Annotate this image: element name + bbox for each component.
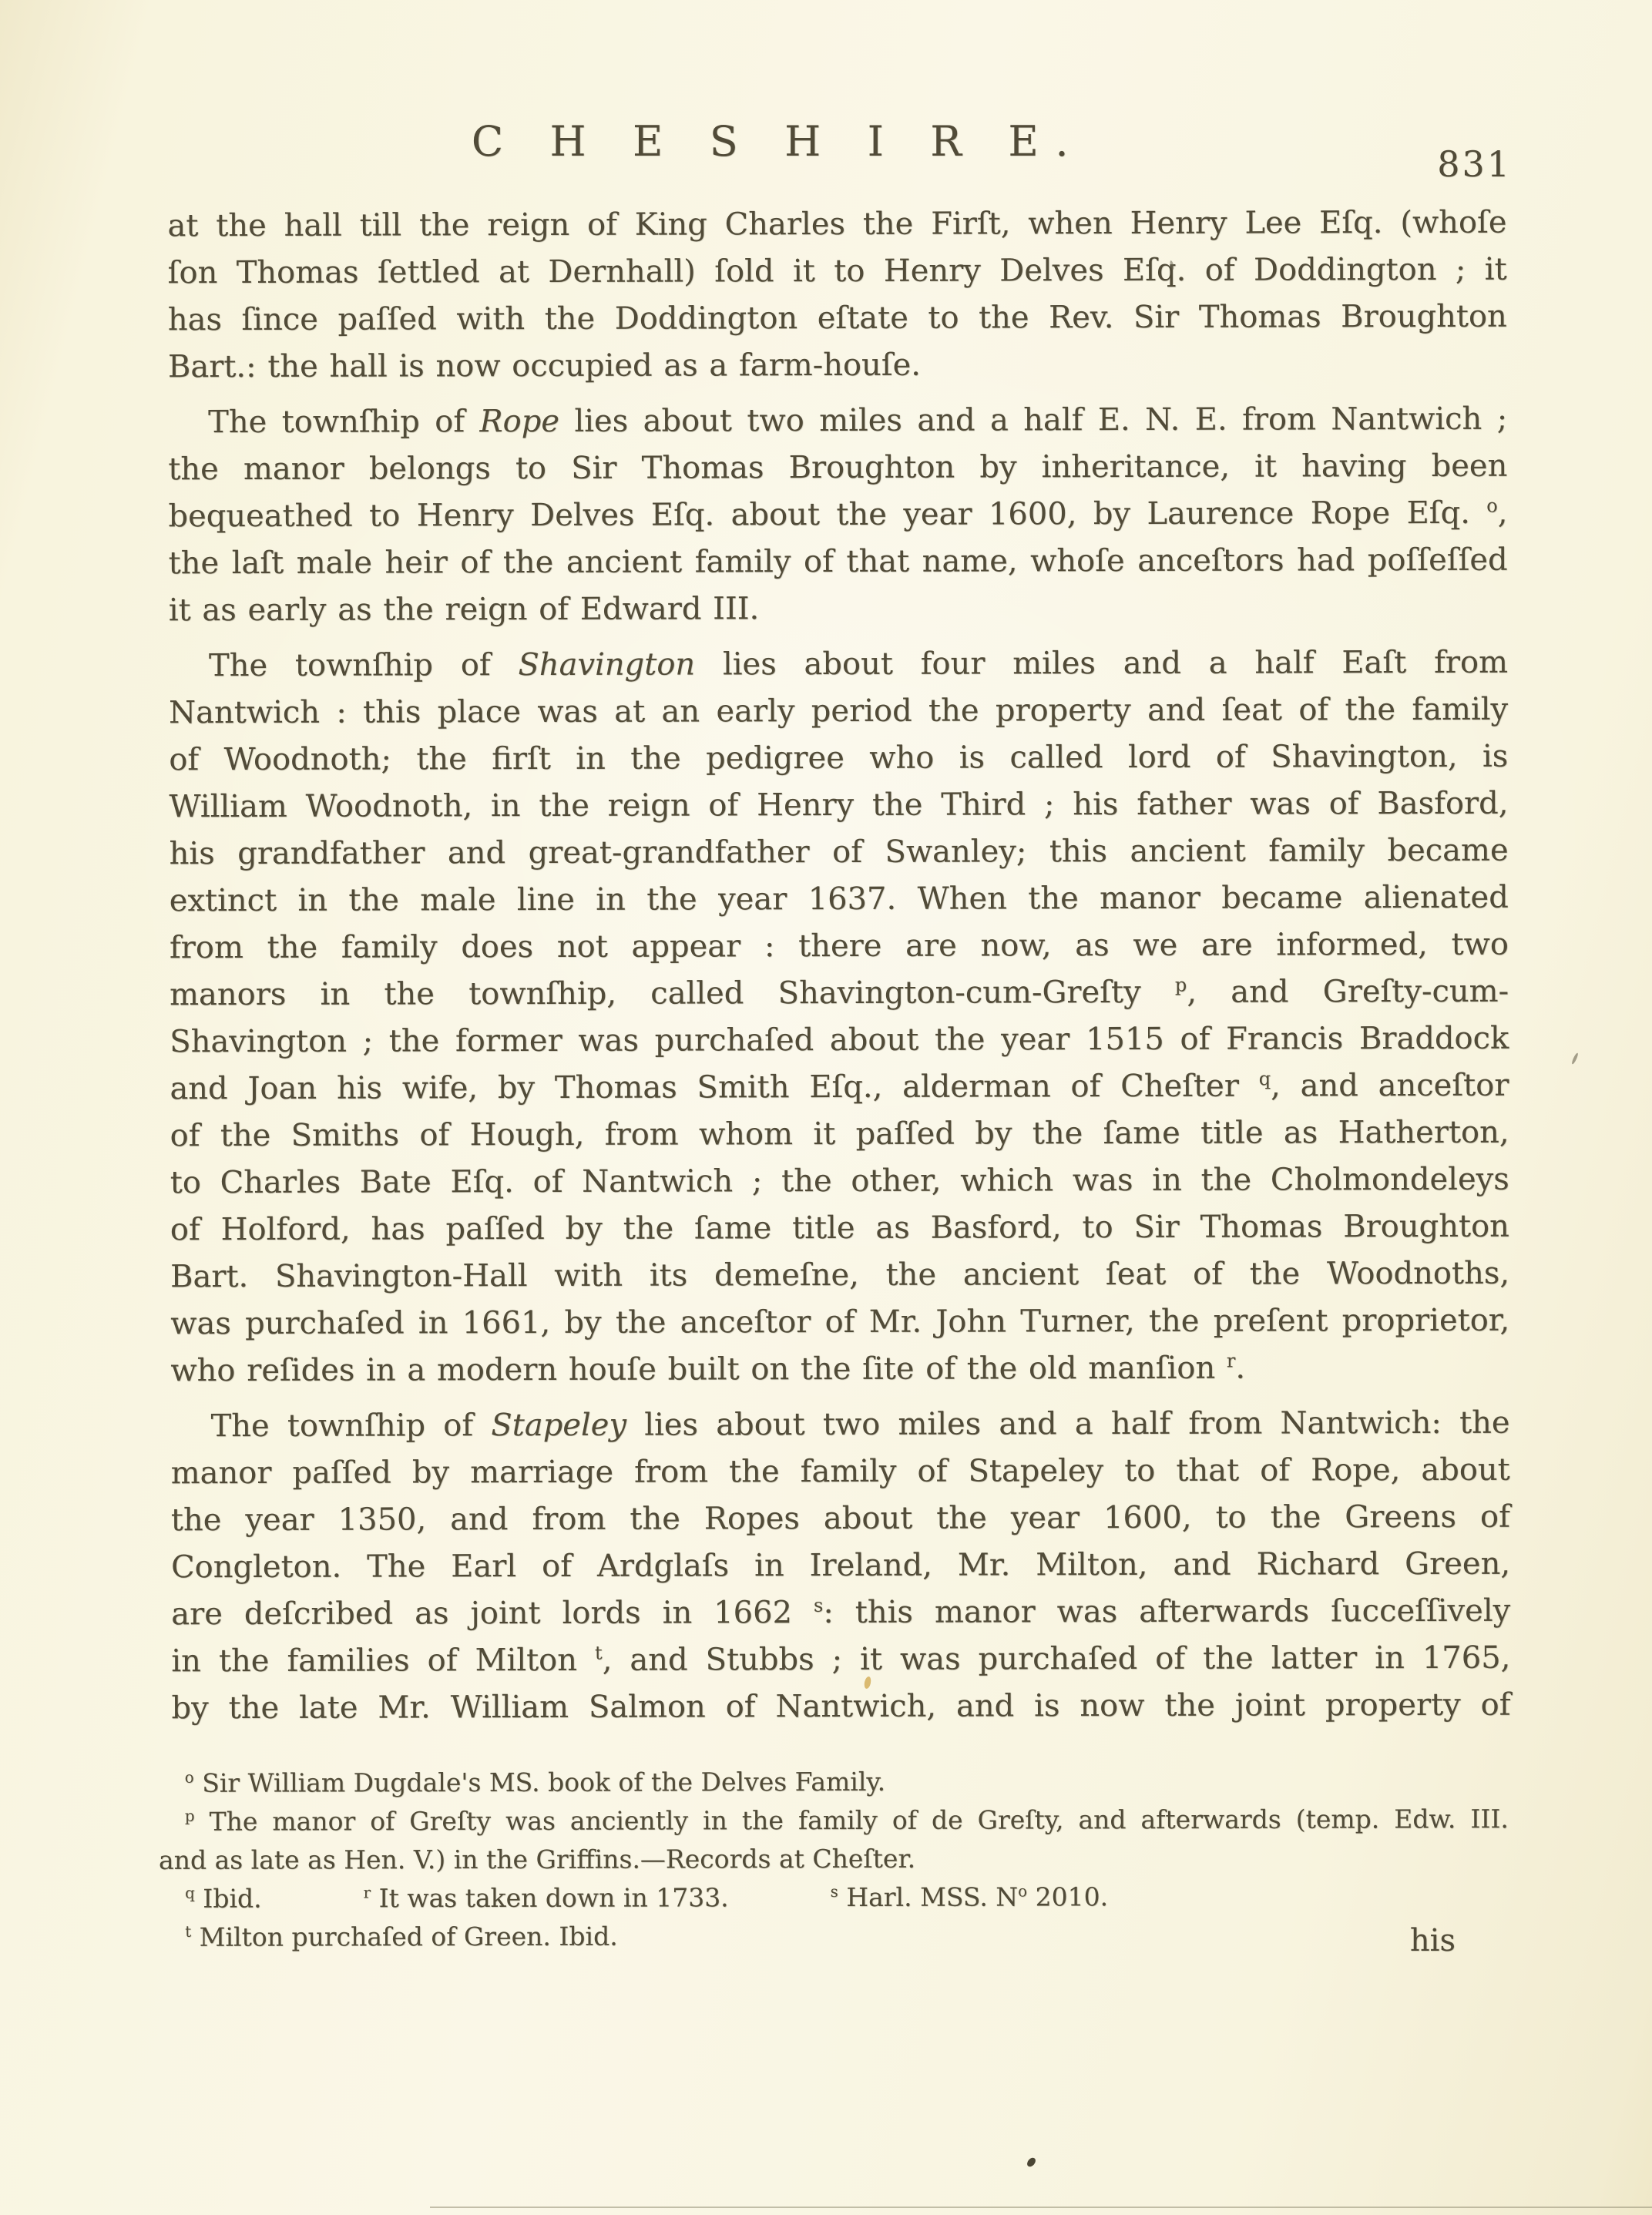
text-line: the year 1350, and from the Ropes about … bbox=[171, 1494, 1510, 1545]
text-line: was purchaſed in 1661, by the anceſtor o… bbox=[170, 1297, 1509, 1348]
text-line: the laſt male heir of the ancient family… bbox=[169, 537, 1508, 588]
footnote: t Milton purchaſed of Green. Ibid. bbox=[185, 1915, 1509, 1957]
page-title: C H E S H I R E. bbox=[472, 117, 1085, 166]
text-line: Bart.: the hall is now occupied as a far… bbox=[168, 341, 1507, 391]
text-line: his grandfather and great-grandfather of… bbox=[170, 827, 1509, 878]
text-line: bequeathed to Henry Delves Eſq. about th… bbox=[168, 490, 1507, 541]
paragraph: at the hall till the reign of King Charl… bbox=[167, 200, 1507, 391]
text-line: Bart. Shavington-Hall with its demeſne, … bbox=[170, 1250, 1509, 1301]
text-line: and Joan his wife, by Thomas Smith Eſq.,… bbox=[170, 1062, 1509, 1113]
text-line: of Woodnoth; the firſt in the pedigree w… bbox=[169, 733, 1508, 784]
text-line: manors in the townſhip, called Shavingto… bbox=[170, 968, 1509, 1019]
text-line: q Ibid.r It was taken down in 1733.s Har… bbox=[185, 1877, 1509, 1918]
text-line: Shavington ; the former was purchaſed ab… bbox=[170, 1015, 1509, 1066]
scan-edge-line bbox=[430, 2207, 1652, 2208]
text-line: from the family does not appear : there … bbox=[170, 921, 1509, 972]
text-line: at the hall till the reign of King Charl… bbox=[167, 200, 1506, 250]
text-line: t Milton purchaſed of Green. Ibid. bbox=[185, 1915, 1509, 1957]
text-line: extinct in the male line in the year 163… bbox=[170, 874, 1509, 925]
paragraph: The townſhip of Rope lies about two mile… bbox=[168, 396, 1508, 635]
footnotes-block: o Sir William Dugdale's MS. book of the … bbox=[185, 1761, 1509, 1957]
paragraph: The townſhip of Stapeley lies about two … bbox=[170, 1400, 1510, 1733]
text-line: of Holford, has paſſed by the ſame title… bbox=[170, 1203, 1509, 1254]
text-line: manor paſſed by marriage from the family… bbox=[171, 1447, 1510, 1498]
paper-speck bbox=[1026, 2156, 1037, 2169]
footnote: q Ibid.r It was taken down in 1733.s Har… bbox=[185, 1877, 1509, 1918]
text-line: o Sir William Dugdale's MS. book of the … bbox=[185, 1761, 1509, 1803]
text-line: it as early as the reign of Edward III. bbox=[169, 584, 1508, 635]
text-line: by the late Mr. William Salmon of Nantwi… bbox=[171, 1682, 1510, 1733]
text-line: has ſince paſſed with the Doddington eſt… bbox=[168, 294, 1507, 344]
text-line: The townſhip of Stapeley lies about two … bbox=[170, 1400, 1509, 1451]
scanned-book-page: C H E S H I R E. 831 at the hall till th… bbox=[0, 0, 1652, 2215]
text-line: of the Smiths of Hough, from whom it paſ… bbox=[170, 1109, 1509, 1160]
text-line: The townſhip of Shavington lies about fo… bbox=[169, 639, 1508, 690]
page-number: 831 bbox=[1437, 143, 1512, 185]
text-line: ſon Thomas ſettled at Dernhall) ſold it … bbox=[168, 247, 1507, 297]
footnote: o Sir William Dugdale's MS. book of the … bbox=[185, 1761, 1509, 1803]
text-line: Congleton. The Earl of Ardglaſs in Irela… bbox=[171, 1541, 1510, 1592]
text-line: who reſides in a modern houſe built on t… bbox=[170, 1344, 1509, 1395]
text-line: Nantwich : this place was at an early pe… bbox=[169, 686, 1508, 737]
text-line: and as late as Hen. V.) in the Griffins.… bbox=[159, 1838, 1509, 1880]
text-line: to Charles Bate Eſq. of Nantwich ; the o… bbox=[170, 1156, 1509, 1207]
paper-speck bbox=[1571, 1052, 1579, 1065]
text-line: p The manor of Greſty was anciently in t… bbox=[185, 1800, 1509, 1841]
page-header: C H E S H I R E. 831 bbox=[0, 0, 1652, 166]
text-line: William Woodnoth, in the reign of Henry … bbox=[169, 780, 1508, 831]
text-line: in the families of Milton t, and Stubbs … bbox=[171, 1635, 1510, 1686]
paragraph: The townſhip of Shavington lies about fo… bbox=[169, 639, 1510, 1395]
text-line: The townſhip of Rope lies about two mile… bbox=[168, 396, 1507, 447]
text-line: are deſcribed as joint lords in 1662 s: … bbox=[171, 1588, 1510, 1639]
text-block: at the hall till the reign of King Charl… bbox=[167, 200, 1510, 1733]
text-line: the manor belongs to Sir Thomas Broughto… bbox=[168, 443, 1507, 494]
footnote: p The manor of Greſty was anciently in t… bbox=[185, 1800, 1509, 1880]
